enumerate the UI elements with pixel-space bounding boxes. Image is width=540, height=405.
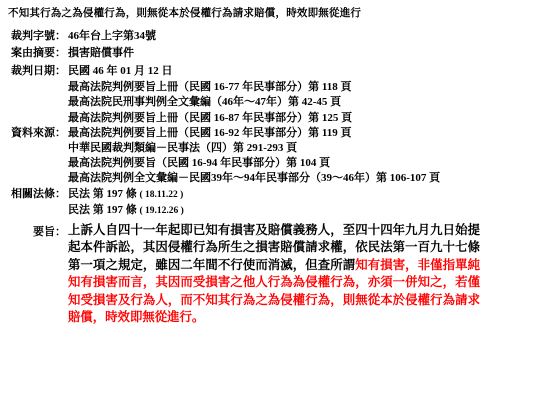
source-item: 中華民國裁判類編－民事法（四）第 291-293 頁 [68,141,440,156]
field-row-sources: 資料來源： 最高法院判例要旨上冊（民國 16-77 年民事部分）第 118 頁 … [0,80,540,186]
field-row-judgment-date: 裁判日期： 民國 46 年 01 月 12 日 [0,63,540,80]
document-title: 不知其行為之為侵權行為，則無從本於侵權行為請求賠償，時效即無從進行 [0,0,540,20]
source-item: 最高法院判例要旨（民國 16-94 年民事部分）第 104 頁 [68,156,440,171]
gist-paragraph: 上訴人自四十一年起即已知有損害及賠償義務人，至四十四年九月九日始提起本件訴訟，其… [68,222,480,326]
source-item: 最高法院判例要旨上冊（民國 16-77 年民事部分）第 118 頁 [68,80,440,95]
source-item: 最高法院判例要旨上冊（民國 16-87 年民事部分）第 125 頁 [68,111,440,126]
field-row-case-number: 裁判字號： 46年台上字第34號 [0,28,540,45]
statute-date: ( 19.12.26 ) [140,206,184,216]
source-item: 最高法院判例全文彙編－民國39年～94年民事部分（39～46年）第 106-10… [68,171,440,186]
judgment-date-label: 裁判日期： [0,63,66,80]
sources-list: 最高法院判例要旨上冊（民國 16-77 年民事部分）第 118 頁 最高法院民刑… [68,80,440,186]
case-fields: 裁判字號： 46年台上字第34號 案由摘要： 損害賠償事件 裁判日期： 民國 4… [0,28,540,326]
case-number-value: 46年台上字第34號 [68,28,156,45]
source-item: 最高法院民刑事判例全文彙編（46年～47年）第 42-45 頁 [68,95,440,110]
gist-label: 要旨： [0,222,66,243]
statute-item: 民法 第 197 條 ( 18.11.22 ) [68,187,184,203]
field-row-gist: 要旨： 上訴人自四十一年起即已知有損害及賠償義務人，至四十四年九月九日始提起本件… [0,222,540,326]
statute-law: 民法 第 197 條 [68,204,137,216]
statute-item: 民法 第 197 條 ( 19.12.26 ) [68,203,184,219]
field-row-cause-summary: 案由摘要： 損害賠償事件 [0,45,540,62]
case-number-label: 裁判字號： [0,28,66,45]
statutes-label: 相關法條： [0,187,66,202]
field-row-statutes: 相關法條： 民法 第 197 條 ( 18.11.22 ) 民法 第 197 條… [0,187,540,219]
sources-label: 資料來源： [0,126,66,141]
judgment-date-value: 民國 46 年 01 月 12 日 [68,63,173,80]
statutes-list: 民法 第 197 條 ( 18.11.22 ) 民法 第 197 條 ( 19.… [68,187,184,219]
case-document: 不知其行為之為侵權行為，則無從本於侵權行為請求賠償，時效即無從進行 裁判字號： … [0,0,540,405]
source-item: 最高法院判例要旨上冊（民國 16-92 年民事部分）第 119 頁 [68,126,440,141]
statute-date: ( 18.11.22 ) [140,190,184,200]
statute-law: 民法 第 197 條 [68,188,137,200]
cause-summary-value: 損害賠償事件 [68,45,134,62]
cause-summary-label: 案由摘要： [0,45,66,62]
